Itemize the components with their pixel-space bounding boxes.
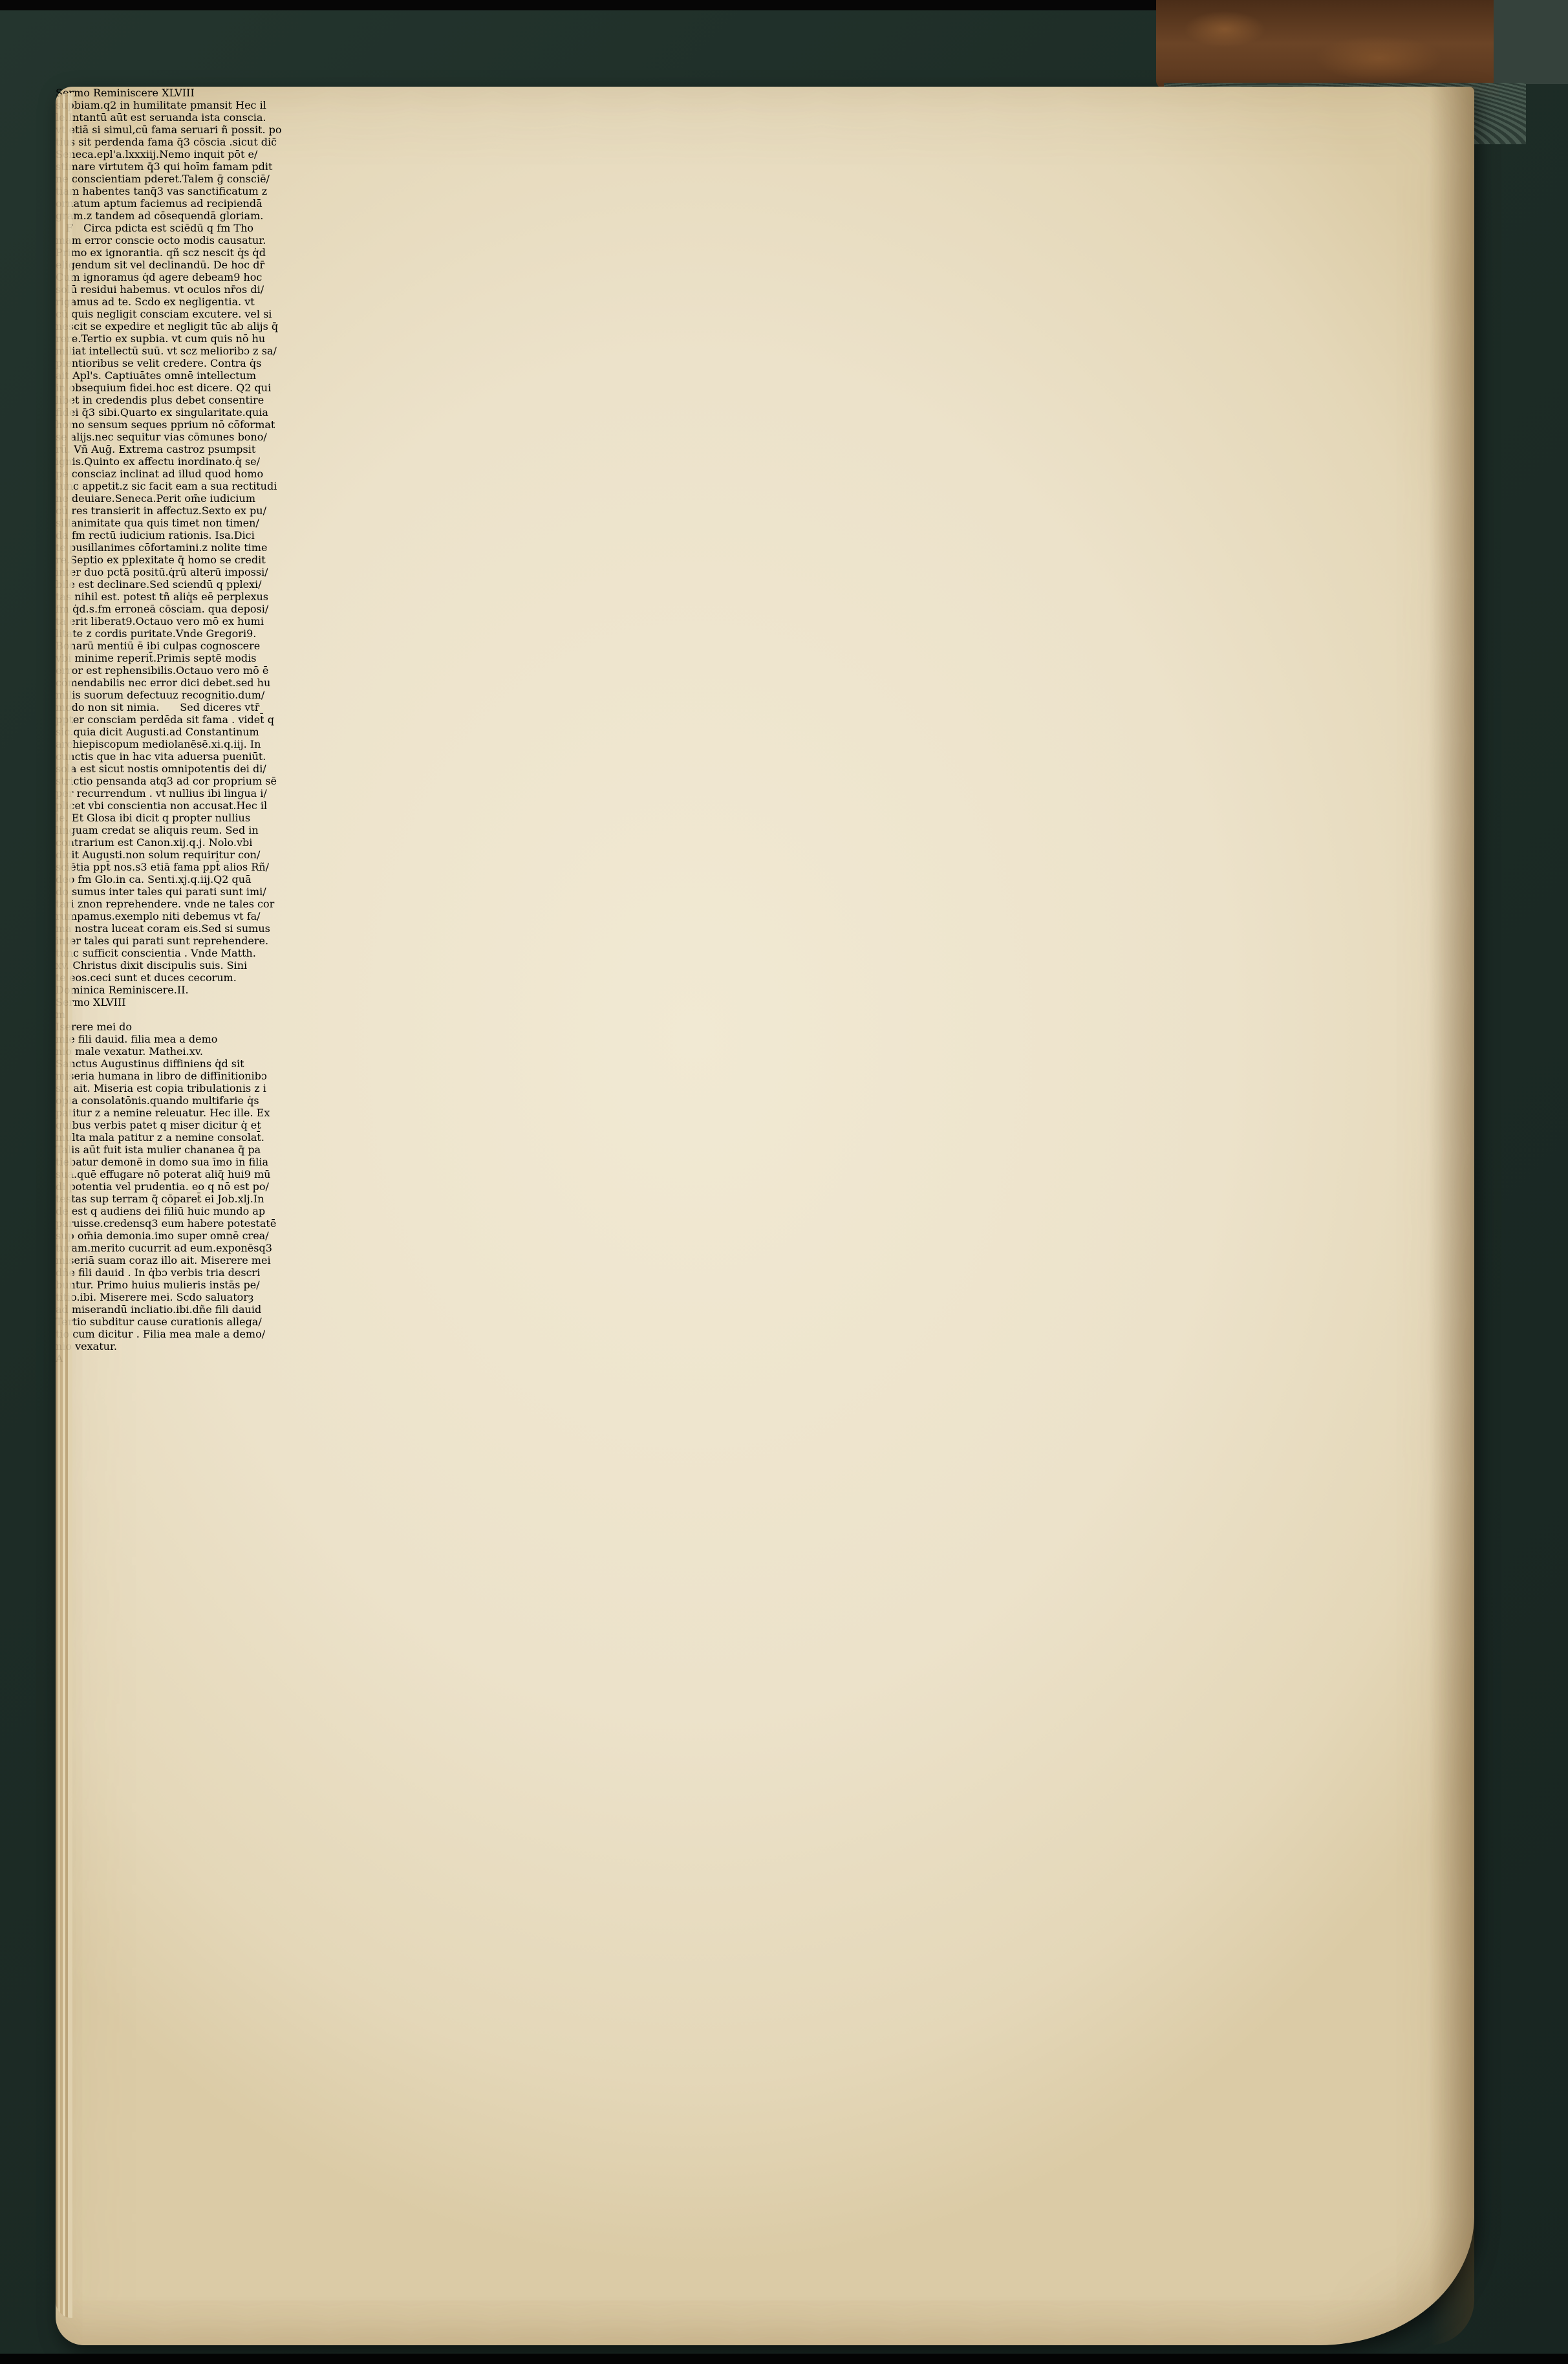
page-edge-stack: [56, 93, 72, 2318]
text-line: tio cum dicitur . Filia mea male a demo/: [56, 1328, 1474, 1340]
text-line: cunctis que in hac vita aduersa pueniūt.: [56, 750, 1474, 763]
text-line: Cum ignoramus q̇d agere debeam9 hoc: [56, 271, 1474, 283]
incipit-display-line: Iserere mei do: [56, 1021, 1474, 1033]
text-line: tas nihil est. potest tñ aliq̇s eē perpl…: [56, 591, 1474, 603]
text-line: Seneca.epl'a.lxxxiij.Nemo inquit pōt e/: [56, 148, 1474, 160]
right-column-upper-text: archiepiscopum mediolanēsē.xi.q.iij. Inc…: [56, 738, 1474, 984]
text-line: Talis aūt fuit ista mulier chananea q̄ p…: [56, 1144, 1474, 1156]
text-line: ad miserandū incliatio.ibi.dñe fili daui…: [56, 1303, 1474, 1316]
text-line: sciētia ppt̄ nos.s3 etiā fama ppt̄ alios…: [56, 861, 1474, 873]
text-line: rumpamus.exemplo niti debemus vt fa/: [56, 910, 1474, 922]
text-line: di potentia vel prudentia. eo q nō est p…: [56, 1180, 1474, 1193]
text-line: le. Et Glosa ibi dicit q propter nullius: [56, 812, 1474, 824]
text-line: Sanctus Augustinus diffiniens q̇d sit: [56, 1057, 1474, 1070]
text-line: opia consolatōnis.quando multifarie q̇s: [56, 1094, 1474, 1107]
text-line: contrarium est Canon.xij.q.j. Nolo.vbi: [56, 836, 1474, 849]
adjacent-page-edge: [1476, 91, 1568, 2231]
text-line: multa mala patitur z a nemine consolat̄.: [56, 1131, 1474, 1144]
text-line: linguam credat se aliquis reum. Sed in: [56, 824, 1474, 836]
sermon-heading: Dominica Reminiscere.II. Sermo XLVIII: [56, 984, 1474, 1008]
text-line: rū. Vñ Auḡ. Extrema castroz psumpsit: [56, 443, 1474, 455]
text-line: sillanimitate qua quis timet non timen/: [56, 517, 1474, 529]
sermon-heading-line1: Dominica Reminiscere.II.: [56, 984, 1474, 996]
text-line: homo sensum seques pprium nō cōformat: [56, 418, 1474, 431]
text-line: deo fm Glo.in ca. Senti.xj.q.iij.Q2 quā: [56, 873, 1474, 885]
text-line: milis suorum defectuuz recognitio.dum/: [56, 689, 1474, 701]
binding-shadow-corner: [1494, 0, 1568, 84]
text-line: gram.z tandem ad cōsequendā gloriam.: [56, 210, 1474, 222]
text-line: dicit Augusti.non solum requiritur con/: [56, 849, 1474, 861]
text-line: ait Apl's. Captiuātes omnē intellectum: [56, 369, 1474, 382]
bottom-border-strip: [0, 2354, 1568, 2364]
text-line: miliat intellectū suū. vt scz melioribɔ …: [56, 345, 1474, 357]
photo-background: ucnecūrcbZra3mpoEnqatavEcatpmMl3nte Serm…: [0, 0, 1568, 2364]
text-line: stimare virtutem q̄3 qui hoīm famam pdit: [56, 160, 1474, 173]
text-line: buntur. Primo huius mulieris instās pe/: [56, 1279, 1474, 1291]
text-line: tari znon reprehendere. vnde ne tales co…: [56, 898, 1474, 910]
text-line: se alijs.nec sequitur vias cōmunes bono/: [56, 431, 1474, 443]
text-line: te eos.ceci sunt et duces cecorum.: [56, 971, 1474, 984]
text-line: sic ait. Miseria est copia tribulationis…: [56, 1082, 1474, 1094]
text-line: tius sit perdenda fama q̄3 cōscia .sicut…: [56, 136, 1474, 148]
text-line: fidei q̄3 sibi.Quarto ex singularitate.q…: [56, 406, 1474, 418]
text-line: ornatum aptum faciemus ad recipiendā: [56, 197, 1474, 210]
text-line: Bonarū mentiū ē ibi culpas cognoscere: [56, 640, 1474, 652]
text-line: ma nostra luceat coram eis.Sed si sumus: [56, 922, 1474, 935]
incipit-hanging-lines: mie fili dauid. filia mea a demonio male…: [56, 1033, 1474, 1057]
text-line: inter tales qui parati sunt reprehendere…: [56, 935, 1474, 947]
text-line: do sumus inter tales qui parati sunt imi…: [56, 885, 1474, 898]
text-line: pientioribus se velit credere. Contra q̇…: [56, 357, 1474, 369]
text-line: tunc appetit.z sic facit eam a sua recti…: [56, 480, 1474, 492]
text-line: Tertio subditur cause curationis allega/: [56, 1316, 1474, 1328]
text-line: rigamus ad te. Scdo ex negligentia. vt: [56, 296, 1474, 308]
text-line: pe consciaz inclinat ad illud quod homo: [56, 468, 1474, 480]
running-header: Sermo Reminiscere XLVIII: [56, 87, 1474, 99]
text-line: error est rephensibilis.Octauo vero mō ē: [56, 664, 1474, 677]
text-line: in obsequium fidei.hoc est dicere. Q2 qu…: [56, 382, 1474, 394]
header-bleedthrough-text: Reminiscere: [93, 87, 158, 99]
text-line: supbiam.q2 in humilitate pmansit Hec il: [56, 99, 1474, 111]
text-line: sola est sicut nostis omnipotentis dei d…: [56, 763, 1474, 775]
text-line: miseria humana in libro de diffinitionib…: [56, 1070, 1474, 1082]
text-line: tiebatur demonē in domo sua īmo in filia: [56, 1156, 1474, 1168]
text-line: vbi minime reperit̄.Primis septē modis: [56, 652, 1474, 664]
text-line: ne deuiare.Seneca.Perit om̄e iudicium: [56, 492, 1474, 504]
sermon-heading-number: XLVIII: [93, 996, 126, 1008]
left-text-column: supbiam.q2 in humilitate pmansit Hec ill…: [56, 99, 1474, 738]
book-page: Sermo Reminiscere XLVIII supbiam.q2 in h…: [56, 87, 1474, 2345]
text-line: sup om̄ia demonia.imo super omnē crea/: [56, 1230, 1474, 1242]
text-line: ta erit liberat9.Octauo vero mō ex humi: [56, 615, 1474, 627]
text-line: sic.quia dicit Augusti.ad Constantinum: [56, 726, 1474, 738]
text-line: Primo ex ignorantia. qñ scz nescit q̇s q…: [56, 246, 1474, 259]
text-line: eligendum sit vel declinandū. De hoc dr̄: [56, 259, 1474, 271]
text-line: solū residui habemus. vt oculos nr̄os di…: [56, 283, 1474, 296]
text-line: archiepiscopum mediolanēsē.xi.q.iij. In: [56, 738, 1474, 750]
folio-number: XLVIII: [162, 87, 195, 99]
text-line: modo non sit nimia. Sed diceres vtr̄: [56, 701, 1474, 713]
text-line: vt etiā si simul,cū fama seruari ñ possi…: [56, 124, 1474, 136]
text-line: bile est declinare.Sed sciendū q pplexi/: [56, 578, 1474, 591]
text-line: inter duo pctā positū.q̇rū alterū imposs…: [56, 566, 1474, 578]
text-line: testas sup terram q̄ cōparet̄ ei Job.xlj…: [56, 1193, 1474, 1205]
text-line: re.Septio ex pplexitate q̄ homo se credi…: [56, 554, 1474, 566]
text-line: le.Intantū aūt est seruanda ista conscia…: [56, 111, 1474, 124]
text-line: sua.quē effugare nō poterat aliq̄ hui9 m…: [56, 1168, 1474, 1180]
sermon-heading-line2: Sermo XLVIII: [56, 996, 1474, 1008]
text-line: titio.ibi. Miserere mei. Scdo saluatorȝ: [56, 1291, 1474, 1303]
text-line: per recurrendum . vt nullius ibi lingua …: [56, 787, 1474, 799]
text-line: da fm rectū iudicium rationis. Isa.Dici: [56, 529, 1474, 541]
text-line: ignis.Quinto ex affectu inordinato.q̇ se…: [56, 455, 1474, 468]
text-line: fm q̇d.s.fm erroneā cōsciam. qua deposi/: [56, 603, 1474, 615]
text-line: dñe fili dauid . In q̇bɔ verbis tria des…: [56, 1266, 1474, 1279]
gutter-shadow: [1429, 87, 1474, 2345]
text-line: ne conscientiam pderet.Talem ḡ consciē/: [56, 173, 1474, 185]
right-text-column: archiepiscopum mediolanēsē.xi.q.iij. Inc…: [56, 738, 1474, 1365]
text-line: quibus verbis patet q miser dicitur q̇ e…: [56, 1119, 1474, 1131]
text-line: libet in credendis plus debet consentire: [56, 394, 1474, 406]
text-line: rere.Tertio ex supbia. vt cum quis nō hu: [56, 332, 1474, 345]
text-line: xv. Christus dixit discipulis suis. Sini: [56, 959, 1474, 971]
text-line: turam.merito cucurrit ad eum.exponēsq3: [56, 1242, 1474, 1254]
text-line: nio male vexatur. Mathei.xv.: [56, 1045, 1474, 1057]
text-line: mie fili dauid. filia mea a demo: [56, 1033, 1474, 1045]
text-line: strictio pensanda atq3 ad cor proprium s…: [56, 775, 1474, 787]
text-line: tunc sufficit conscientia . Vnde Matth.: [56, 947, 1474, 959]
text-line: mam error conscie octo modis causatur.: [56, 234, 1474, 246]
text-line: cū quis negligit consciam excutere. vel …: [56, 308, 1474, 320]
text-line: de est q audiens dei filiū huic mundo ap: [56, 1205, 1474, 1217]
text-line: nio vexatur.: [56, 1340, 1474, 1352]
text-line: cū res transierit in affectuz.Sexto ex p…: [56, 504, 1474, 517]
text-line: miseriā suam coraz illo ait. Miserere me…: [56, 1254, 1474, 1266]
right-column-lower-text: Sanctus Augustinus diffiniens q̇d sitmis…: [56, 1057, 1474, 1352]
text-line: F Circa pdicta est sciēdū q fm Tho: [56, 222, 1474, 234]
text-line: ppter consciam perdēda sit fama . videt̄…: [56, 713, 1474, 726]
text-line: plicet vbi conscientia non accusat.Hec i…: [56, 799, 1474, 812]
text-line: tiam habentes tanq̄3 vas sanctificatum z: [56, 185, 1474, 197]
text-line: te pusillanimes cōfortamini.z nolite tim…: [56, 541, 1474, 554]
text-line: nescit se expedire et negligit tūc ab al…: [56, 320, 1474, 332]
text-line: cōmendabilis nec error dici debet.sed hu: [56, 677, 1474, 689]
text-line: patitur z a nemine releuatur. Hec ille. …: [56, 1107, 1474, 1119]
text-line: paruisse.credensq3 eum habere potestatē: [56, 1217, 1474, 1230]
text-line: litate z cordis puritate.Vnde Gregori9.: [56, 627, 1474, 640]
